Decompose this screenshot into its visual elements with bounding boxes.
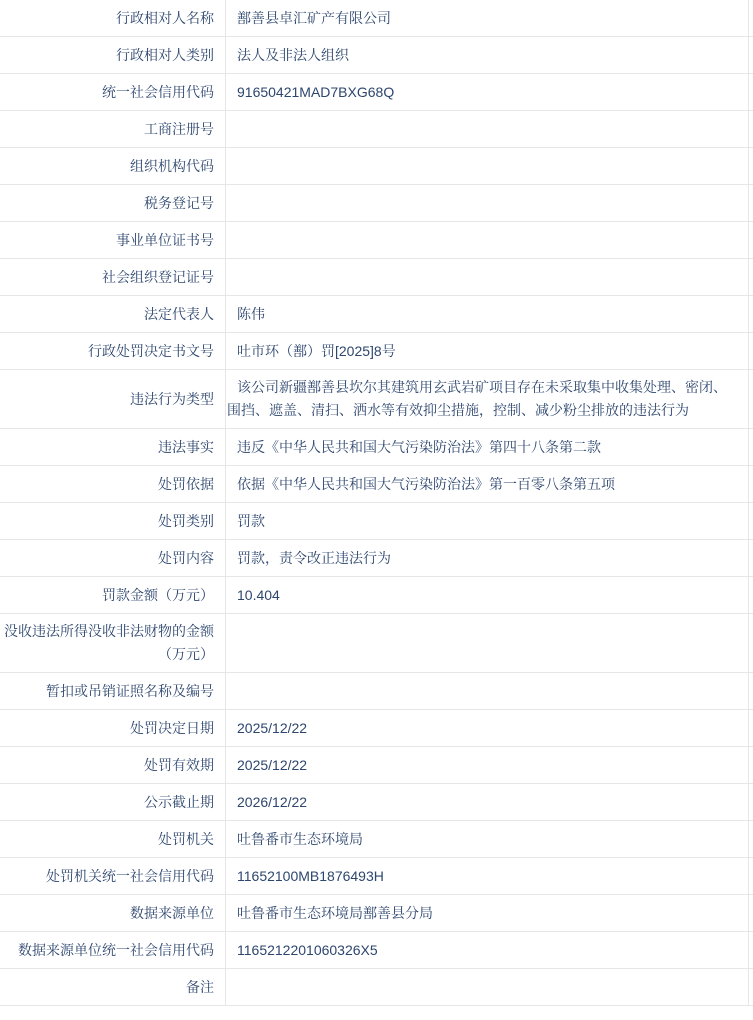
- field-label: 行政相对人名称: [0, 0, 225, 36]
- table-row: 暂扣或吊销证照名称及编号: [0, 673, 753, 710]
- field-value: 依据《中华人民共和国大气污染防治法》第一百零八条第五项: [225, 466, 753, 502]
- field-label: 没收违法所得没收非法财物的金额（万元）: [0, 614, 225, 672]
- field-label: 行政处罚决定书文号: [0, 333, 225, 369]
- field-value: [225, 259, 753, 295]
- field-label: 违法事实: [0, 429, 225, 465]
- field-value: 91650421MAD7BXG68Q: [225, 74, 753, 110]
- table-row: 数据来源单位统一社会信用代码 1165212201060326X5: [0, 932, 753, 969]
- table-row: 事业单位证书号: [0, 222, 753, 259]
- field-value: [225, 614, 753, 672]
- table-row: 行政相对人名称 鄯善县卓汇矿产有限公司: [0, 0, 753, 37]
- field-label: 事业单位证书号: [0, 222, 225, 258]
- field-label: 公示截止期: [0, 784, 225, 820]
- field-value: 2025/12/22: [225, 710, 753, 746]
- field-value: 10.404: [225, 577, 753, 613]
- table-right-border: [748, 0, 749, 1006]
- field-value: 吐鲁番市生态环境局鄯善县分局: [225, 895, 753, 931]
- field-value: 吐市环（鄯）罚[2025]8号: [225, 333, 753, 369]
- field-value: [225, 148, 753, 184]
- field-value: 罚款: [225, 503, 753, 539]
- field-label: 处罚依据: [0, 466, 225, 502]
- table-row: 备注: [0, 969, 753, 1006]
- field-label: 统一社会信用代码: [0, 74, 225, 110]
- table-row: 处罚决定日期 2025/12/22: [0, 710, 753, 747]
- table-row: 税务登记号: [0, 185, 753, 222]
- field-value: [225, 673, 753, 709]
- table-row: 没收违法所得没收非法财物的金额（万元）: [0, 614, 753, 673]
- field-value: 该公司新疆鄯善县坎尔其建筑用玄武岩矿项目存在未采取集中收集处理、密闭、围挡、遮盖…: [225, 370, 753, 428]
- table-body: 行政相对人名称 鄯善县卓汇矿产有限公司 行政相对人类别 法人及非法人组织 统一社…: [0, 0, 753, 1006]
- field-label: 违法行为类型: [0, 370, 225, 428]
- field-value: 法人及非法人组织: [225, 37, 753, 73]
- field-label: 社会组织登记证号: [0, 259, 225, 295]
- field-value: [225, 222, 753, 258]
- penalty-info-table: 行政相对人名称 鄯善县卓汇矿产有限公司 行政相对人类别 法人及非法人组织 统一社…: [0, 0, 753, 1006]
- field-value: 陈伟: [225, 296, 753, 332]
- table-row: 处罚机关 吐鲁番市生态环境局: [0, 821, 753, 858]
- field-label: 处罚机关: [0, 821, 225, 857]
- field-label: 罚款金额（万元）: [0, 577, 225, 613]
- field-label: 数据来源单位统一社会信用代码: [0, 932, 225, 968]
- table-row: 社会组织登记证号: [0, 259, 753, 296]
- table-row: 处罚内容 罚款，责令改正违法行为: [0, 540, 753, 577]
- table-row: 罚款金额（万元） 10.404: [0, 577, 753, 614]
- table-row: 行政相对人类别 法人及非法人组织: [0, 37, 753, 74]
- field-label: 税务登记号: [0, 185, 225, 221]
- table-row: 违法行为类型 该公司新疆鄯善县坎尔其建筑用玄武岩矿项目存在未采取集中收集处理、密…: [0, 370, 753, 429]
- field-label: 处罚类别: [0, 503, 225, 539]
- table-row: 公示截止期 2026/12/22: [0, 784, 753, 821]
- table-row: 法定代表人 陈伟: [0, 296, 753, 333]
- field-label: 数据来源单位: [0, 895, 225, 931]
- table-row: 处罚有效期 2025/12/22: [0, 747, 753, 784]
- field-label: 工商注册号: [0, 111, 225, 147]
- table-row: 行政处罚决定书文号 吐市环（鄯）罚[2025]8号: [0, 333, 753, 370]
- field-value: 吐鲁番市生态环境局: [225, 821, 753, 857]
- field-label: 处罚机关统一社会信用代码: [0, 858, 225, 894]
- field-label: 组织机构代码: [0, 148, 225, 184]
- field-label: 处罚内容: [0, 540, 225, 576]
- field-value: 违反《中华人民共和国大气污染防治法》第四十八条第二款: [225, 429, 753, 465]
- field-value: 11652100MB1876493H: [225, 858, 753, 894]
- field-value: 2025/12/22: [225, 747, 753, 783]
- table-row: 统一社会信用代码 91650421MAD7BXG68Q: [0, 74, 753, 111]
- field-value: [225, 969, 753, 1005]
- table-row: 处罚机关统一社会信用代码 11652100MB1876493H: [0, 858, 753, 895]
- table-row: 工商注册号: [0, 111, 753, 148]
- field-value: 2026/12/22: [225, 784, 753, 820]
- table-row: 数据来源单位 吐鲁番市生态环境局鄯善县分局: [0, 895, 753, 932]
- field-value: [225, 111, 753, 147]
- field-value: 1165212201060326X5: [225, 932, 753, 968]
- field-value: 鄯善县卓汇矿产有限公司: [225, 0, 753, 36]
- table-row: 处罚依据 依据《中华人民共和国大气污染防治法》第一百零八条第五项: [0, 466, 753, 503]
- field-label: 暂扣或吊销证照名称及编号: [0, 673, 225, 709]
- field-value: [225, 185, 753, 221]
- table-row: 违法事实 违反《中华人民共和国大气污染防治法》第四十八条第二款: [0, 429, 753, 466]
- table-row: 组织机构代码: [0, 148, 753, 185]
- field-label: 处罚决定日期: [0, 710, 225, 746]
- field-value: 罚款，责令改正违法行为: [225, 540, 753, 576]
- field-label: 行政相对人类别: [0, 37, 225, 73]
- field-label: 备注: [0, 969, 225, 1005]
- field-label: 处罚有效期: [0, 747, 225, 783]
- table-row: 处罚类别 罚款: [0, 503, 753, 540]
- field-label: 法定代表人: [0, 296, 225, 332]
